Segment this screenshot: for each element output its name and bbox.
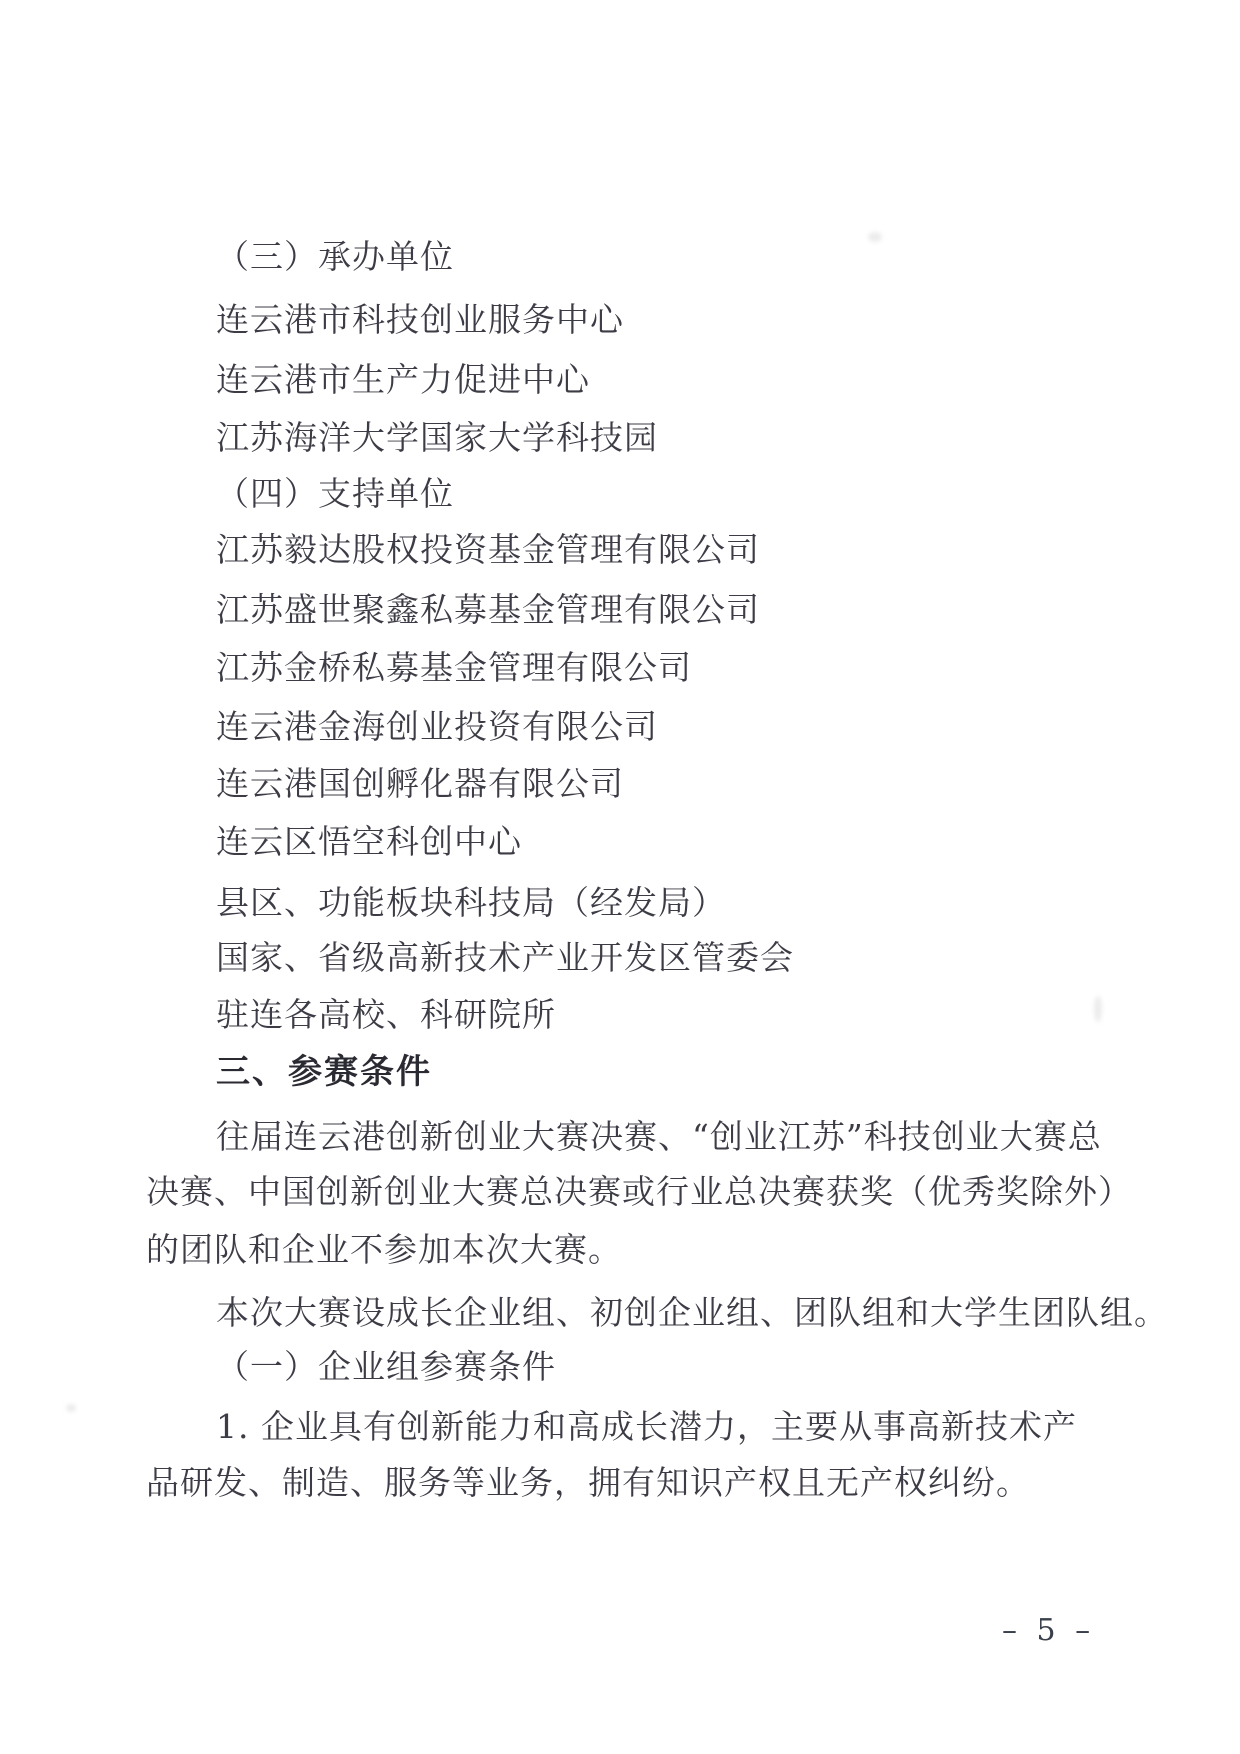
host-unit-2: 连云港市生产力促进中心 — [216, 351, 590, 409]
host-unit-3: 江苏海洋大学国家大学科技园 — [216, 409, 658, 467]
support-unit-1: 江苏毅达股权投资基金管理有限公司 — [216, 521, 760, 579]
para-competition-groups: 本次大赛设成长企业组、初创企业组、团队组和大学生团队组。 — [216, 1284, 1168, 1342]
subheading-host-units: （三）承办单位 — [216, 228, 454, 286]
para-past-winners-line-2: 决赛、中国创新创业大赛总决赛或行业总决赛获奖（优秀奖除外） — [146, 1163, 1132, 1221]
host-unit-1: 连云港市科技创业服务中心 — [216, 291, 624, 349]
support-unit-6: 连云区悟空科创中心 — [216, 813, 522, 871]
scan-artifact — [66, 1404, 76, 1412]
enterprise-condition-1-line-2: 品研发、制造、服务等业务，拥有知识产权且无产权纠纷。 — [146, 1454, 1030, 1512]
document-page: （三）承办单位 连云港市科技创业服务中心 连云港市生产力促进中心 江苏海洋大学国… — [0, 0, 1240, 1754]
subheading-support-units: （四）支持单位 — [216, 465, 454, 523]
support-unit-9: 驻连各高校、科研院所 — [216, 986, 556, 1044]
section-heading-entry-conditions: 三、参赛条件 — [216, 1043, 432, 1101]
support-unit-4: 连云港金海创业投资有限公司 — [216, 698, 658, 756]
support-unit-8: 国家、省级高新技术产业开发区管委会 — [216, 929, 794, 987]
scan-artifact — [868, 232, 882, 242]
support-unit-7: 县区、功能板块科技局（经发局） — [216, 874, 726, 932]
para-past-winners-line-3: 的团队和企业不参加本次大赛。 — [146, 1221, 622, 1279]
para-past-winners-line-1: 往届连云港创新创业大赛决赛、“创业江苏”科技创业大赛总 — [216, 1108, 1102, 1166]
enterprise-condition-1-line-1: 1. 企业具有创新能力和高成长潜力，主要从事高新技术产 — [216, 1398, 1077, 1456]
subheading-enterprise-group-conditions: （一）企业组参赛条件 — [216, 1338, 556, 1396]
page-number: – 5 – — [1002, 1608, 1095, 1654]
support-unit-3: 江苏金桥私募基金管理有限公司 — [216, 639, 692, 697]
support-unit-5: 连云港国创孵化器有限公司 — [216, 755, 624, 813]
support-unit-2: 江苏盛世聚鑫私募基金管理有限公司 — [216, 581, 760, 639]
scan-artifact — [1094, 996, 1102, 1022]
